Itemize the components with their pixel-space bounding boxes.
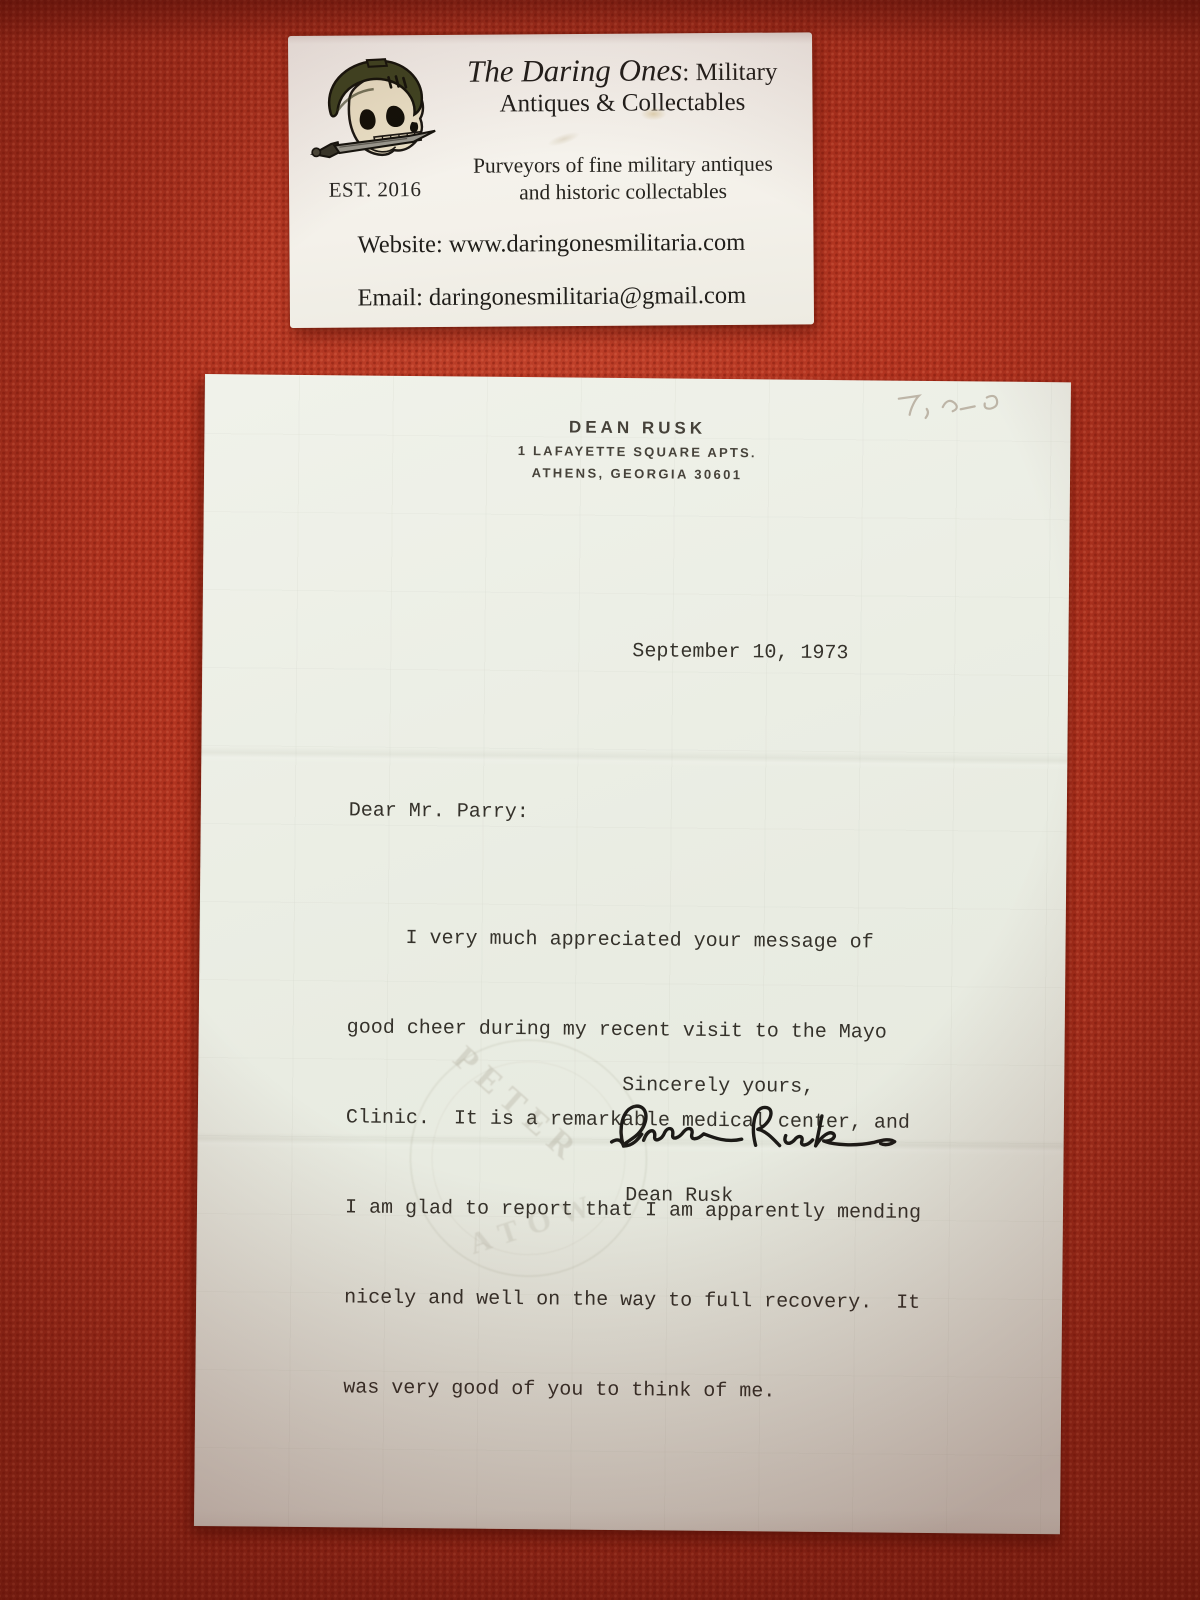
business-name-suffix: : Military [682,59,777,87]
tagline-line-1: Purveyors of fine military antiques [441,150,805,180]
business-category: Antiques & Collectables [440,88,804,119]
body-line: I very much appreciated your message of [347,923,923,959]
letterhead-address-2: ATHENS, GEORGIA 30601 [204,462,1070,485]
card-stain [641,107,667,120]
card-smudge [546,129,581,149]
tagline: Purveyors of fine military antiques and … [441,150,805,207]
skull-helmet-knife-logo [300,49,451,174]
photo-background: EST. 2016 The Daring Ones: Military Anti… [0,0,1200,1600]
letter-document: DEAN RUSK 1 LAFAYETTE SQUARE APTS. ATHEN… [194,374,1071,1534]
business-name-italic: The Daring Ones [467,52,683,89]
pencil-mark [891,387,1025,424]
fold-crease [201,746,1067,770]
tagline-line-2: and historic collectables [441,177,805,207]
body-line: was very good of you to think of me. [343,1373,919,1409]
letter-body: I very much appreciated your message of … [343,863,925,1469]
body-line: nicely and well on the way to full recov… [344,1283,920,1319]
salutation: Dear Mr. Parry: [349,799,529,824]
website-line: Website: www.daringonesmilitaria.com [289,228,813,260]
typed-signature-name: Dean Rusk [625,1184,733,1208]
business-card: EST. 2016 The Daring Ones: Military Anti… [288,32,814,328]
established-date: EST. 2016 [295,177,455,203]
letterhead-address-1: 1 LAFAYETTE SQUARE APTS. [204,440,1070,463]
email-line: Email: daringonesmilitaria@gmail.com [290,281,814,313]
letter-date: September 10, 1973 [632,640,848,665]
body-line: good cheer during my recent visit to the… [347,1013,923,1049]
dean-rusk-signature [607,1096,900,1165]
closing: Sincerely yours, [622,1074,814,1099]
